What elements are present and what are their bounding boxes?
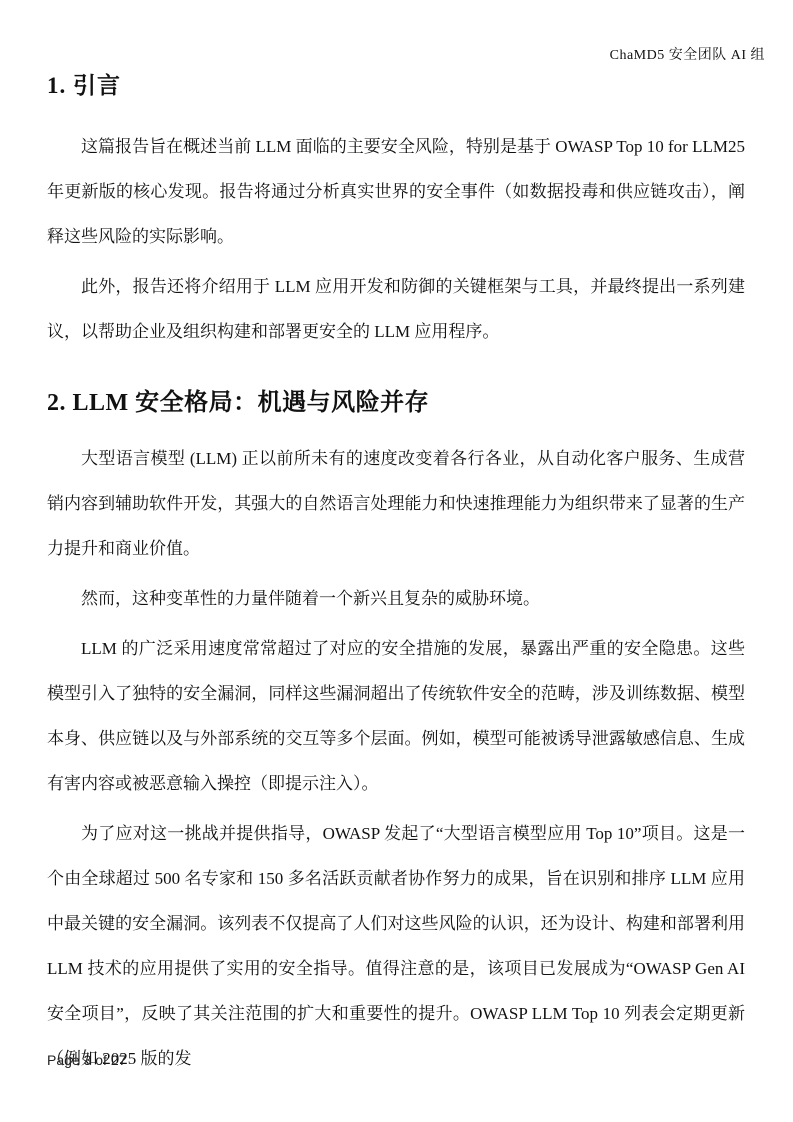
page-number-label: Page 3 of 27 xyxy=(47,1052,126,1068)
paragraph-report-overview: 这篇报告旨在概述当前 LLM 面临的主要安全风险，特别是基于 OWASP Top… xyxy=(47,124,745,259)
paragraph-report-frameworks: 此外，报告还将介绍用于 LLM 应用开发和防御的关键框架与工具，并最终提出一系列… xyxy=(47,264,745,354)
document-body: 1. 引言 这篇报告旨在概述当前 LLM 面临的主要安全风险，特别是基于 OWA… xyxy=(0,0,793,1081)
page-header: ChaMD5 安全团队 AI 组 xyxy=(610,48,765,64)
paragraph-owasp-top10-project: 为了应对这一挑战并提供指导，OWASP 发起了“大型语言模型应用 Top 10”… xyxy=(47,811,745,1081)
document-page: ChaMD5 安全团队 AI 组 1. 引言 这篇报告旨在概述当前 LLM 面临… xyxy=(0,0,793,1122)
section-heading-introduction: 1. 引言 xyxy=(47,72,745,100)
header-team-label: ChaMD5 安全团队 AI 组 xyxy=(610,48,765,63)
page-footer: Page 3 of 27 xyxy=(47,1052,126,1068)
paragraph-threat-environment: 然而，这种变革性的力量伴随着一个新兴且复杂的威胁环境。 xyxy=(47,576,745,621)
section-heading-llm-security-landscape: 2. LLM 安全格局：机遇与风险并存 xyxy=(47,388,745,418)
paragraph-llm-transformation: 大型语言模型 (LLM) 正以前所未有的速度改变着各行各业，从自动化客户服务、生… xyxy=(47,436,745,571)
paragraph-security-gaps: LLM 的广泛采用速度常常超过了对应的安全措施的发展，暴露出严重的安全隐患。这些… xyxy=(47,626,745,806)
